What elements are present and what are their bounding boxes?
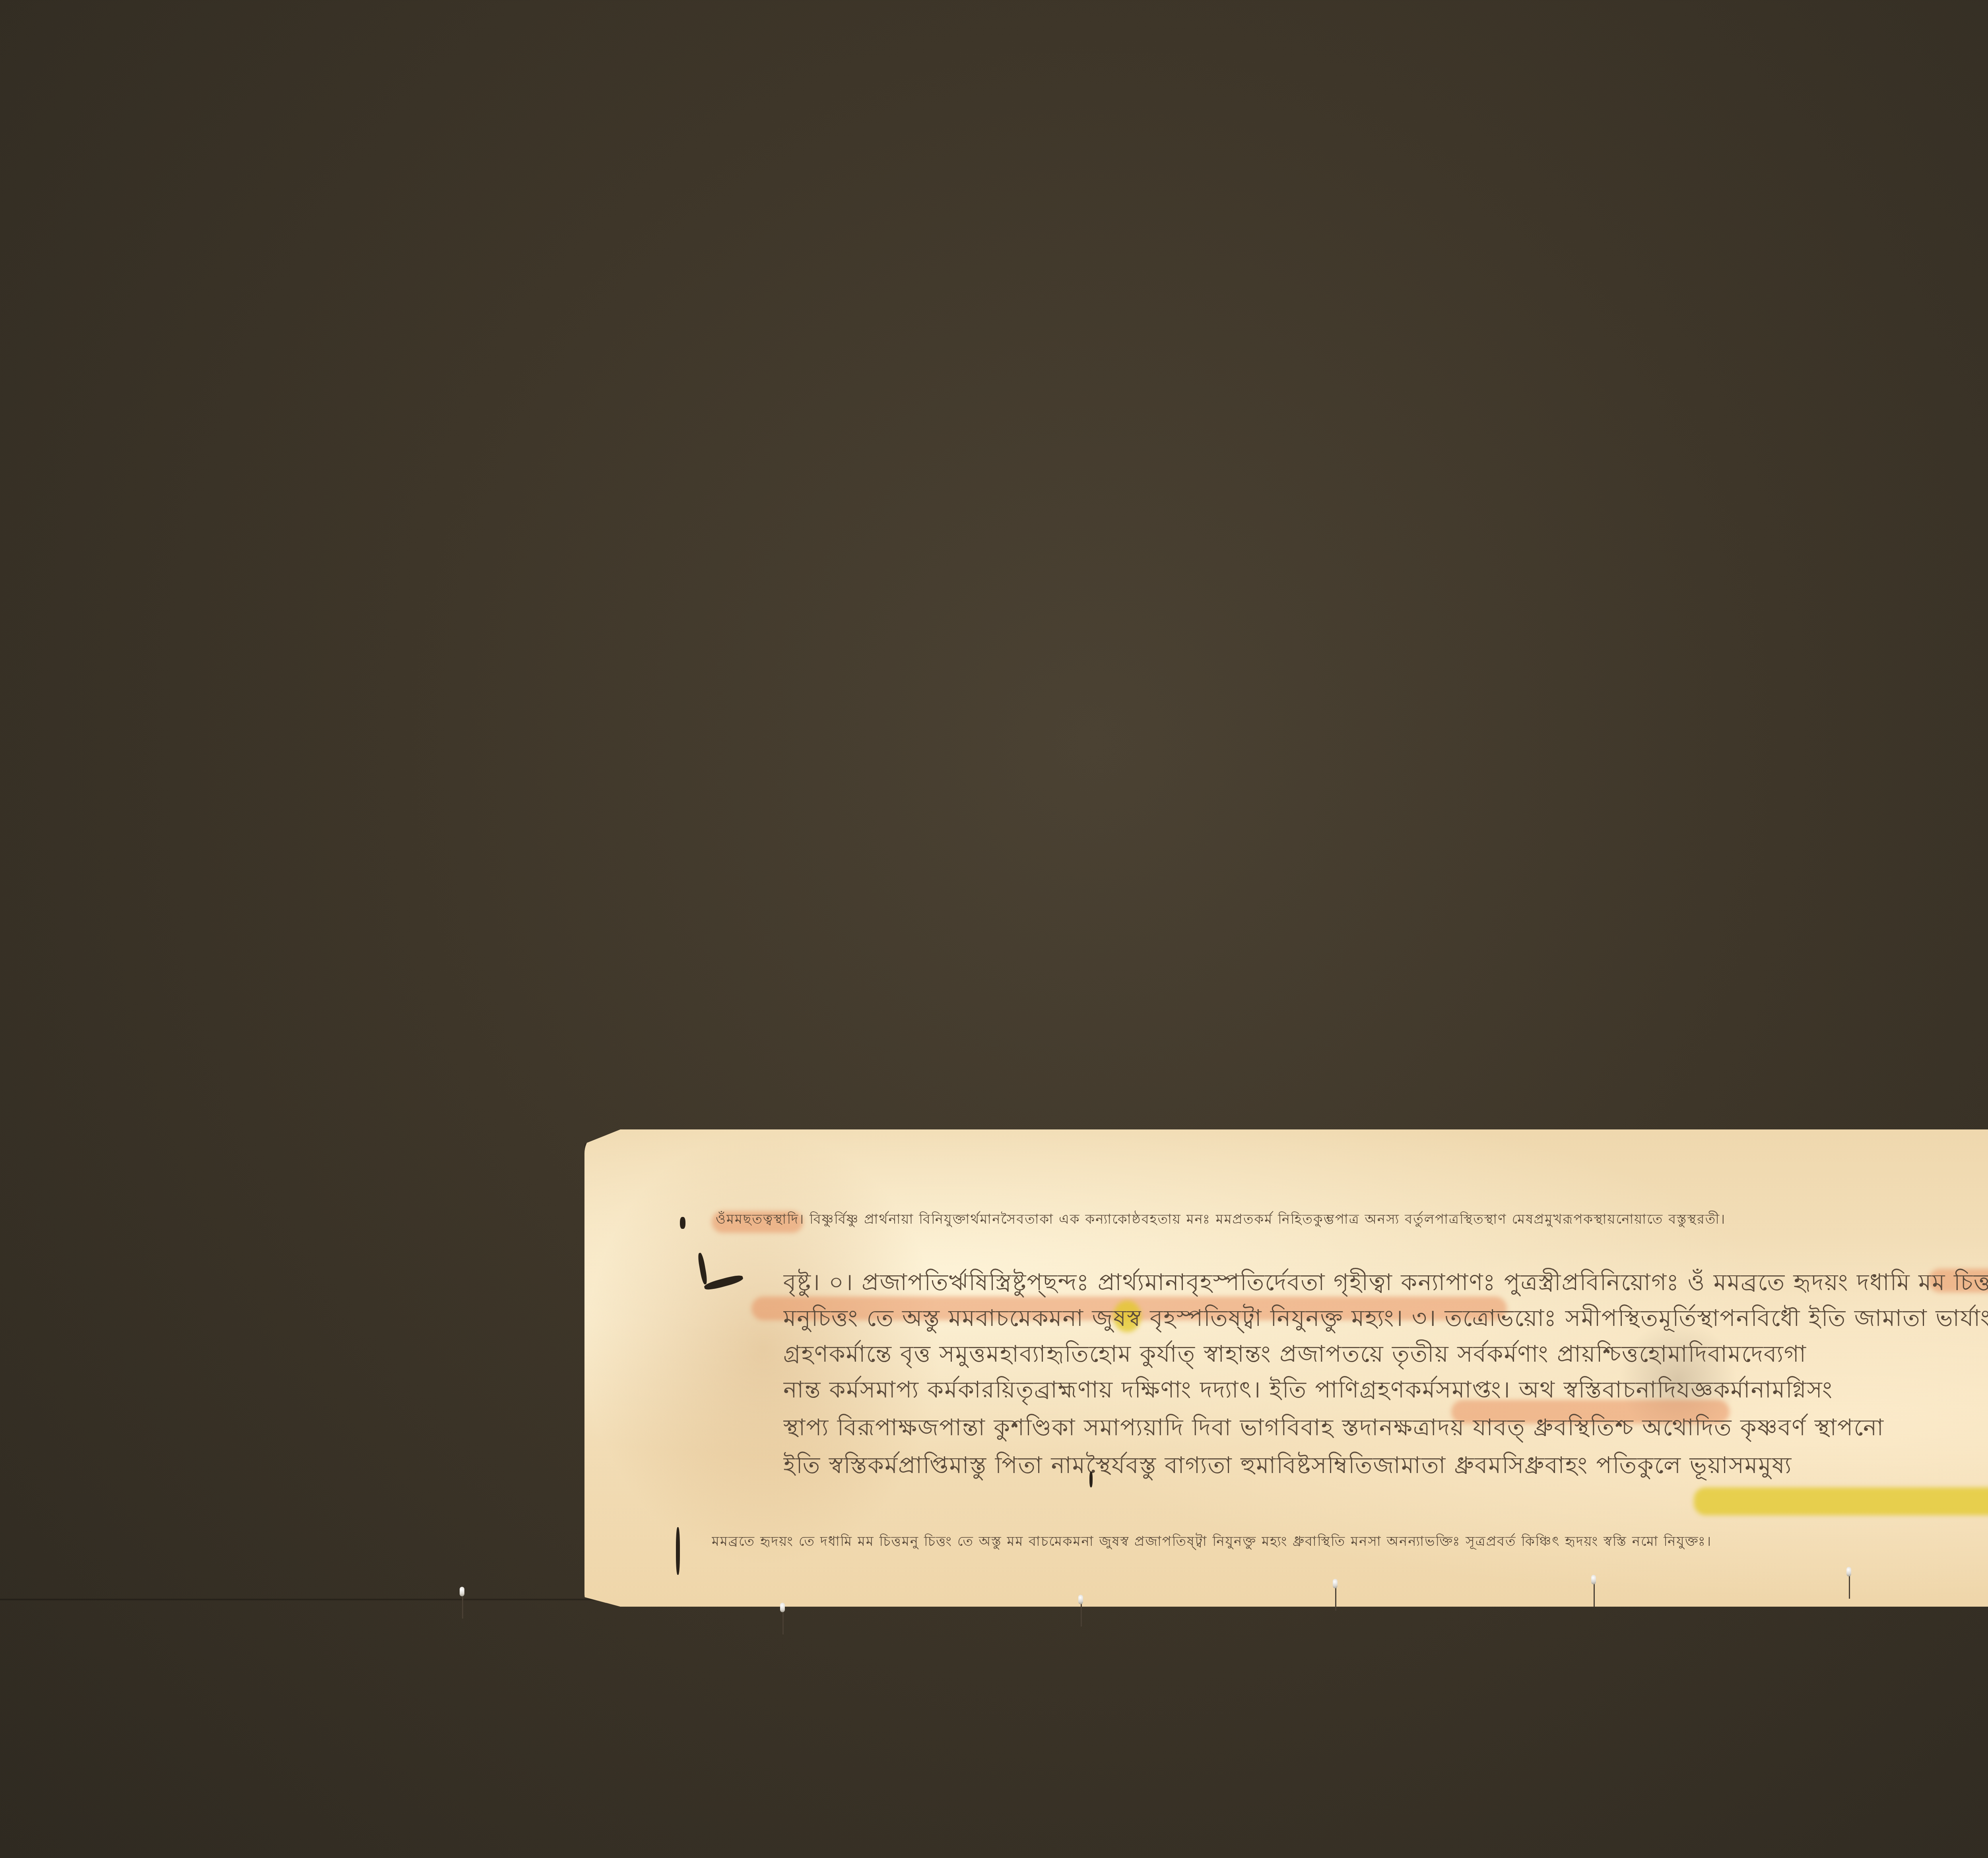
pin-shaft <box>1081 1603 1082 1627</box>
mounting-pin <box>460 1587 464 1596</box>
manuscript-body-line: নান্ত কর্মসমাপ্য কর্মকারয়িতৃব্রাহ্মণায়… <box>783 1372 1988 1411</box>
manuscript-body-line: মনুচিত্তং তে অস্তু মমবাচমেকমনা জুষস্ব বৃ… <box>783 1300 1988 1339</box>
pin-shaft <box>1849 1575 1850 1599</box>
manuscript-header-line: ওঁমমছতত্বস্থাদি। বিষ্ণুর্বিষ্ণু প্রার্থন… <box>716 1209 1988 1232</box>
mounting-pin <box>1333 1579 1338 1588</box>
manuscript-body-line: বৃষ্টু। ০। প্রজাপতির্ঋষিস্ত্রিষ্টুপ্‌ছন্… <box>783 1265 1988 1303</box>
mounting-pin <box>1591 1575 1596 1584</box>
yellow-highlight-wash <box>1694 1487 1988 1515</box>
manuscript-body-line: ইতি স্বস্তিকর্মপ্রাপ্তিমাস্তু পিতা নামস্… <box>783 1448 1988 1486</box>
pin-shaft <box>1335 1587 1336 1611</box>
wormhole <box>1089 1471 1093 1487</box>
manuscript-footer-line: মমব্রতে হৃদয়ং তে দধামি মম চিত্তমনু চিত্… <box>712 1531 1988 1554</box>
manuscript-leaf: ওঁমমছতত্বস্থাদি। বিষ্ণুর্বিষ্ণু প্রার্থন… <box>584 1129 1988 1607</box>
manuscript-body-line: গ্রহণকর্মান্তে বৃত্ত সমুত্তমহাব্যাহৃতিহো… <box>783 1336 1988 1375</box>
wormhole <box>676 1527 680 1575</box>
mounting-pin <box>1078 1595 1083 1604</box>
pin-shaft <box>1594 1583 1595 1607</box>
mounting-pin <box>1846 1567 1851 1576</box>
mounting-pin <box>780 1603 785 1612</box>
pin-shaft <box>782 1611 784 1634</box>
manuscript-body-line: স্থাপ্য বিরূপাক্ষজপান্তা কুশণ্ডিকা সমাপ্… <box>783 1410 1988 1448</box>
wormhole <box>680 1217 685 1229</box>
pin-shaft <box>462 1595 463 1619</box>
